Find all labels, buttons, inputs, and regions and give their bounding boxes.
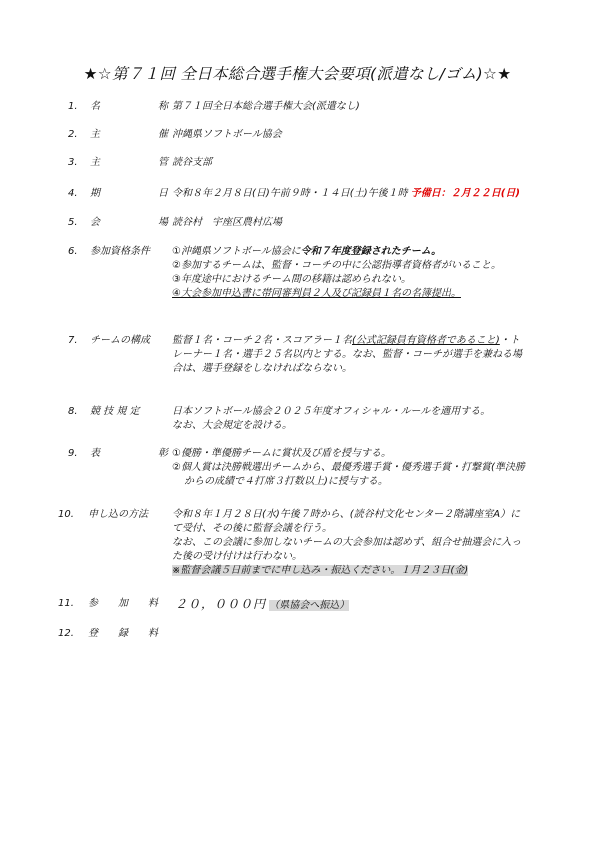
- section-label: 7.チームの構成: [68, 334, 150, 348]
- fee-note: （県協会へ振込）: [269, 600, 349, 611]
- registered-team-emphasis: 令和７年度登録されたチーム。: [301, 246, 441, 257]
- section-value: 沖縄県ソフトボール協会: [172, 128, 527, 142]
- section-label: 10.申し込の方法: [58, 508, 148, 522]
- section-label: 4.期日: [68, 187, 168, 201]
- section-value: 読谷村 宇座区農村広場: [172, 216, 527, 230]
- fee-amount: ２０，０００円: [175, 597, 266, 611]
- section-label: 8.競 技 規 定: [68, 405, 140, 419]
- roster-requirement: ④大会参加申込書に帯同審判員２人及び記録員１名の名簿提出。: [172, 287, 527, 301]
- section-label: 1.名称: [68, 100, 168, 114]
- date-text: 令和８年２月８日(日)午前９時・１４日(土)午後１時: [172, 188, 408, 199]
- section-label: 9.表彰: [68, 447, 168, 461]
- section-label: 6.参加資格条件: [68, 245, 150, 259]
- section-value: 第７１回全日本総合選手権大会(派遣なし): [172, 100, 527, 114]
- section-label: 12.登録料: [58, 627, 158, 641]
- section-label: 5.会場: [68, 216, 168, 230]
- document-title: ★☆第７１回 全日本総合選手権大会要項(派遣なし/ゴム)☆★: [0, 62, 595, 84]
- section-label: 2.主催: [68, 128, 168, 142]
- section-label: 3.主管: [68, 156, 168, 170]
- section-label: 11.参加料: [58, 597, 158, 611]
- section-value: 読谷支部: [172, 156, 527, 170]
- reserve-day: 予備日：２月２２日(日): [411, 188, 520, 199]
- deadline-notice: ※監督会議５日前までに申し込み・振込ください。１月２３日(金): [172, 565, 468, 576]
